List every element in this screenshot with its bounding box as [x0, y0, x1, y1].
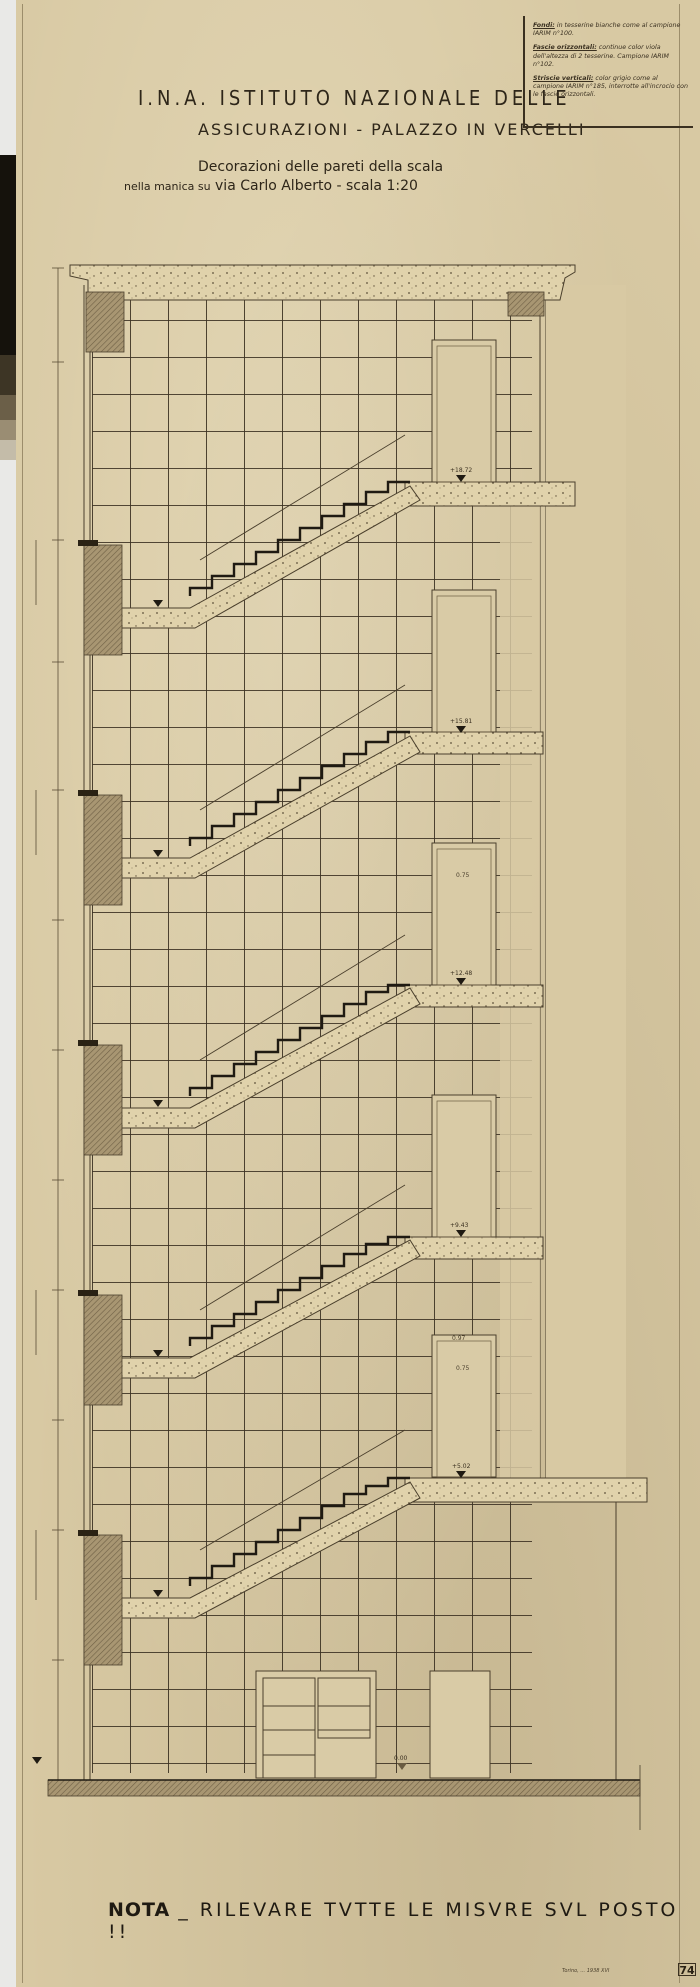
door-width-dimension-2: 0.75 — [456, 1365, 470, 1372]
level-label-5: +18.72 — [450, 467, 472, 474]
title-line-4-main: via Carlo Alberto - scala 1:20 — [211, 178, 418, 194]
entrance-double-door — [256, 1671, 376, 1778]
door-width-dimension: 0.75 — [456, 872, 470, 879]
legend-item: Fascie orizzontali: continue color viola… — [533, 44, 689, 69]
note-label: NOTA — [108, 1899, 170, 1921]
level-label-4: +15.81 — [450, 718, 472, 725]
sheet-number: 74 — [678, 1963, 696, 1976]
title-line-4: nella manica su via Carlo Alberto - scal… — [124, 178, 418, 194]
footer-date: Torino, ... 1938 XVI — [562, 1968, 609, 1974]
door-frame-dimension: 0.97 — [452, 1335, 466, 1342]
title-line-4-prefix: nella manica su — [124, 180, 211, 193]
materials-legend: Fondi: in tesserine bianche come al camp… — [523, 16, 693, 128]
staircase-elevation-drawing: +18.72 +15.81 +12.48 +9.43 +5.02 0.00 0.… — [0, 0, 700, 1987]
level-label-ground: 0.00 — [394, 1755, 408, 1762]
level-label-3: +12.48 — [450, 970, 472, 977]
level-label-2: +9.43 — [450, 1222, 469, 1229]
legend-item: Fondi: in tesserine bianche come al camp… — [533, 22, 689, 38]
vertical-dimension-line — [36, 268, 64, 1780]
title-line-1: I.N.A. ISTITUTO NAZIONALE DELLE — [138, 86, 571, 110]
title-line-3: Decorazioni delle pareti della scala — [198, 159, 443, 175]
level-label-1: +5.02 — [452, 1463, 471, 1470]
legend-item: Striscie verticali: color grigio come al… — [533, 75, 689, 100]
measurement-note: NOTA_ RILEVARE TVTTE LE MISVRE SVL POSTO… — [108, 1899, 700, 1943]
